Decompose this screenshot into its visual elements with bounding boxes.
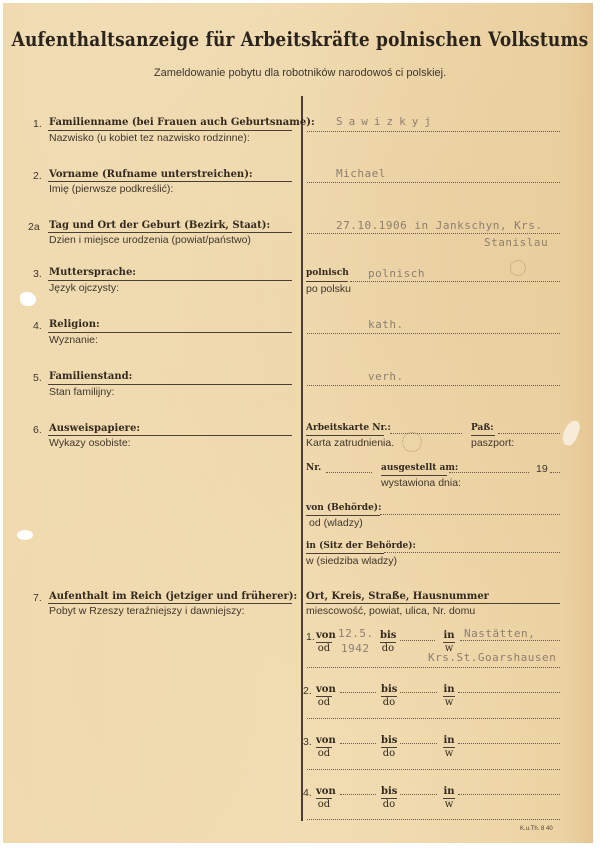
residence-3-to-line[interactable] xyxy=(400,743,437,744)
field-5-label-pl: Stan familijny: xyxy=(49,386,114,398)
field-2-label-de: Vorname (Rufname unterstreichen): xyxy=(49,169,253,180)
field-3-value[interactable]: polnisch xyxy=(368,267,425,280)
stamp-mark-1 xyxy=(402,432,422,452)
residence-4-from-line[interactable] xyxy=(340,794,376,795)
field-7-number: 7. xyxy=(33,592,42,604)
field-3-label-de: Muttersprache: xyxy=(49,267,136,278)
field-6-rule xyxy=(48,435,292,436)
arbeitskarte-label-de: Arbeitskarte Nr.: xyxy=(306,423,391,433)
field-4-label-de: Religion: xyxy=(49,319,100,330)
residence-header-pl: miescowość, powiat, ulica, Nr. domu xyxy=(306,605,475,617)
residence-1-from-year[interactable]: 1942 xyxy=(341,642,370,655)
residence-2-to-line[interactable] xyxy=(400,692,437,693)
arbeitskarte-label-pl: Karta zatrudnienia. xyxy=(306,437,394,449)
pass-line[interactable] xyxy=(498,433,560,434)
residence-1-to-line[interactable] xyxy=(400,640,435,641)
residence-1-number: 1. xyxy=(306,631,315,643)
residence-1-line2 xyxy=(307,667,560,668)
residence-2-line2[interactable] xyxy=(307,718,560,719)
field-3-label-pl: Język ojczysty: xyxy=(49,282,119,294)
stamp-mark-2 xyxy=(510,260,526,276)
form-subtitle: Zameldowanie pobytu dla robotników narod… xyxy=(0,67,600,79)
behoerde-line[interactable] xyxy=(380,514,560,515)
sitz-line[interactable] xyxy=(384,552,560,553)
field-5-rule xyxy=(48,384,292,385)
field-4-label-pl: Wyznanie: xyxy=(49,334,98,346)
field-3-number: 3. xyxy=(33,268,42,280)
field-6-label-de: Ausweispapiere: xyxy=(49,423,140,434)
field-1-line xyxy=(307,131,560,132)
residence-3-bis-do: bisdo xyxy=(381,735,397,760)
field-3-prefix-de: polnisch xyxy=(306,268,349,278)
residence-3-in-w: inw xyxy=(443,735,455,760)
field-5-number: 5. xyxy=(33,372,42,384)
field-2a-value[interactable]: 27.10.1906 in Jankschyn, Krs. xyxy=(336,219,543,232)
field-2a-value-line2[interactable]: Stanislau xyxy=(484,236,548,249)
arbeitskarte-line[interactable] xyxy=(390,433,462,434)
paper-hole-2 xyxy=(17,530,33,540)
field-6-label-pl: Wykazy osobiste: xyxy=(49,437,131,449)
residence-3-number: 3. xyxy=(303,736,312,748)
field-2a-number: 2a xyxy=(28,221,40,233)
residence-4-line2[interactable] xyxy=(307,819,560,820)
field-7-rule xyxy=(48,603,292,604)
residence-1-place-line2[interactable]: Krs.St.Goarshausen xyxy=(428,651,556,664)
residence-2-from-line[interactable] xyxy=(340,692,376,693)
field-2a-label-pl: Dzien i miejsce urodzenia (powiat/państw… xyxy=(49,234,251,246)
residence-2-place-line[interactable] xyxy=(458,692,560,693)
residence-2-in-w: inw xyxy=(443,684,455,709)
ausgestellt-label-de: ausgestellt am: xyxy=(381,463,458,473)
field-2-number: 2. xyxy=(33,170,42,182)
pass-rule xyxy=(471,435,495,436)
arbeitskarte-rule xyxy=(306,435,384,436)
residence-4-von-od: vonod xyxy=(316,786,332,811)
field-2a-label-de: Tag und Ort der Geburt (Bezirk, Staat): xyxy=(49,220,270,231)
behoerde-rule xyxy=(306,515,380,516)
field-1-label-de: Familienname (bei Frauen auch Geburtsnam… xyxy=(49,117,315,128)
residence-1-place-line xyxy=(460,640,560,641)
field-2-label-pl: Imię (pierwsze podkreślić): xyxy=(49,183,173,195)
ausgestellt-line[interactable] xyxy=(449,472,529,473)
ausgestellt-label-pl: wystawiona dnia: xyxy=(381,477,461,489)
sitz-label-pl: w (siedziba wladzy) xyxy=(306,555,397,567)
residence-4-bis-do: bisdo xyxy=(381,786,397,811)
residence-4-number: 4. xyxy=(303,787,312,799)
field-2-value[interactable]: Michael xyxy=(336,167,386,180)
field-1-rule xyxy=(48,130,292,131)
residence-4-place-line[interactable] xyxy=(458,794,560,795)
field-3-prefix-pl: po polsku xyxy=(306,283,351,295)
field-4-line xyxy=(307,333,560,334)
field-7-label-de: Aufenthalt im Reich (jetziger und früher… xyxy=(49,591,297,602)
residence-header-rule xyxy=(306,603,560,604)
field-2a-rule xyxy=(48,232,292,233)
ausgestellt-rule xyxy=(381,475,447,476)
field-5-value[interactable]: verh. xyxy=(368,370,404,383)
field-3-prefix-rule xyxy=(306,281,348,282)
field-2-rule xyxy=(48,181,292,182)
field-1-value[interactable]: Sawizkyj xyxy=(336,115,437,128)
residence-header-de: Ort, Kreis, Straße, Hausnummer xyxy=(306,591,489,602)
residence-2-number: 2. xyxy=(303,685,312,697)
residence-2-von-od: vonod xyxy=(316,684,332,709)
residence-1-bis-do: bisdo xyxy=(380,630,396,655)
field-4-value[interactable]: kath. xyxy=(368,318,404,331)
field-5-label-de: Familienstand: xyxy=(49,371,132,382)
field-1-number: 1. xyxy=(33,118,42,130)
residence-3-place-line[interactable] xyxy=(458,743,560,744)
residence-4-in-w: inw xyxy=(443,786,455,811)
residence-3-von-od: vonod xyxy=(316,735,332,760)
field-3-rule xyxy=(48,280,292,281)
nr-label: Nr. xyxy=(306,463,321,473)
paper-hole-1 xyxy=(20,292,36,306)
field-2-line xyxy=(307,182,560,183)
field-4-number: 4. xyxy=(33,320,42,332)
printer-code: K.u.Th. 8 40 xyxy=(520,826,553,832)
field-2a-line xyxy=(307,233,560,234)
year-line[interactable] xyxy=(550,472,560,473)
field-7-label-pl: Pobyt w Rzeszy teraźniejszy i dawniejszy… xyxy=(49,605,245,617)
behoerde-label-pl: od (wladzy) xyxy=(309,517,363,529)
pass-label-pl: paszport: xyxy=(471,437,514,449)
behoerde-label-de: von (Behörde): xyxy=(306,503,381,513)
column-divider xyxy=(301,96,303,821)
field-1-label-pl: Nazwisko (u kobiet tez nazwisko rodzinne… xyxy=(49,132,250,144)
sitz-label-de: in (Sitz der Behörde): xyxy=(306,541,416,551)
form-title: Aufenthaltsanzeige für Arbeitskräfte pol… xyxy=(0,29,600,52)
nr-line[interactable] xyxy=(326,472,372,473)
year-prefix: 19 xyxy=(536,463,548,475)
pass-label-de: Paß: xyxy=(471,423,494,433)
residence-1-from[interactable]: 12.5. xyxy=(338,627,374,640)
residence-3-from-line[interactable] xyxy=(340,743,376,744)
residence-1-place[interactable]: Nastätten, xyxy=(464,627,535,640)
residence-4-to-line[interactable] xyxy=(400,794,437,795)
field-6-number: 6. xyxy=(33,424,42,436)
sitz-rule xyxy=(306,553,384,554)
residence-2-bis-do: bisdo xyxy=(381,684,397,709)
field-3-line xyxy=(350,281,560,282)
residence-1-von-od: vonod xyxy=(316,630,332,655)
field-5-line xyxy=(307,385,560,386)
residence-3-line2[interactable] xyxy=(307,769,560,770)
field-4-rule xyxy=(48,332,292,333)
